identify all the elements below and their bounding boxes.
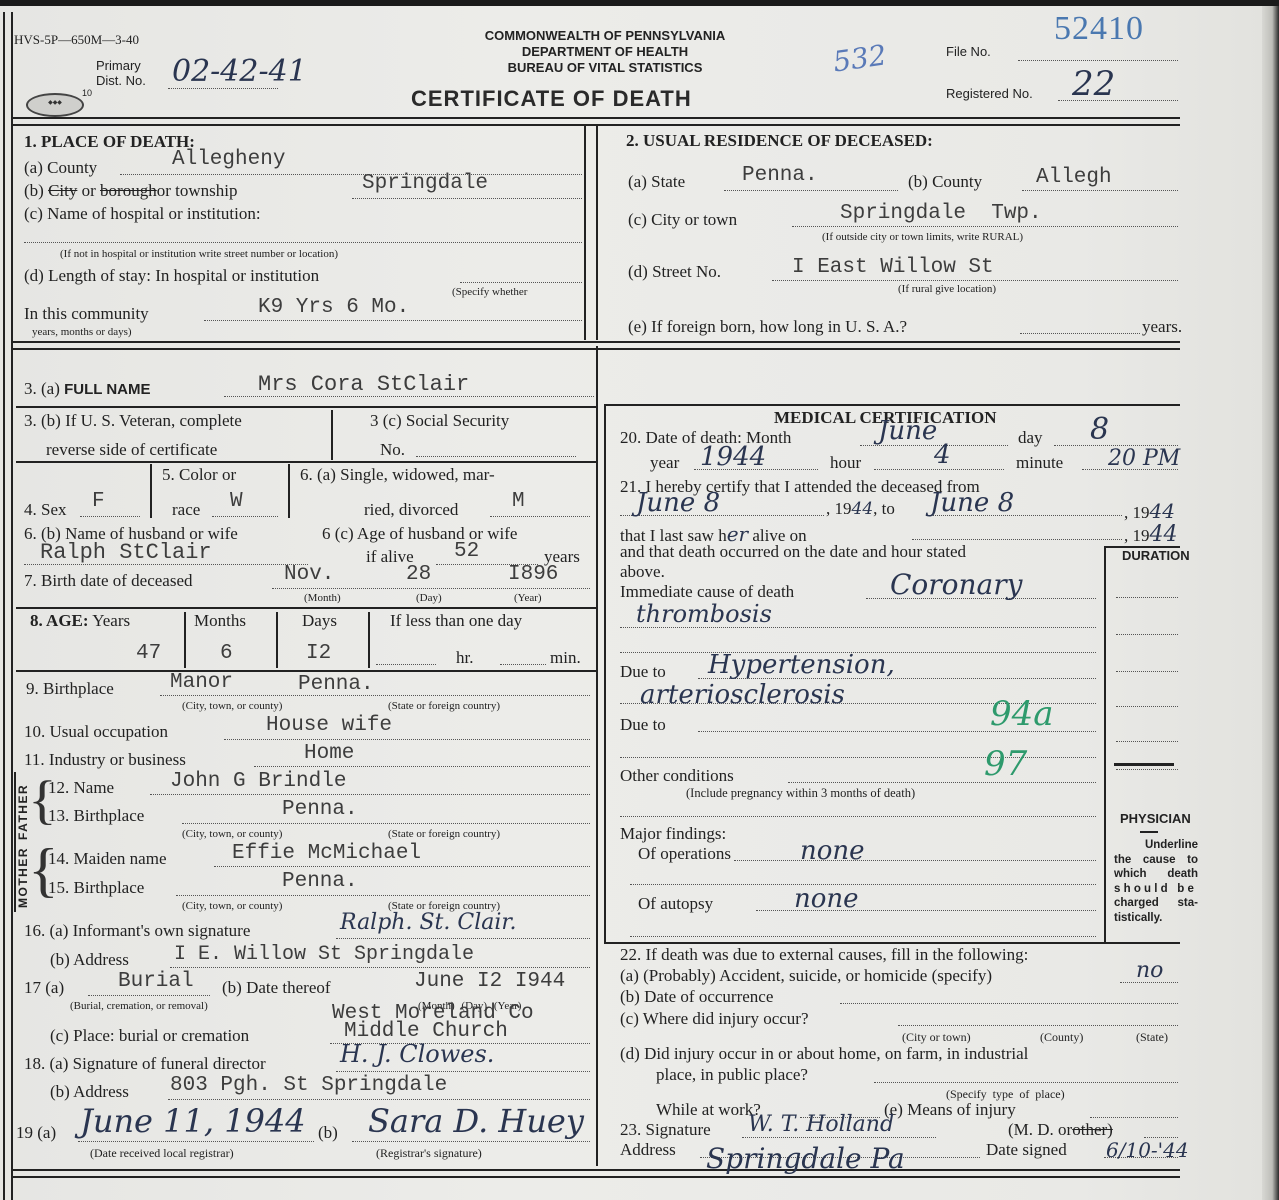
sex-value: F <box>92 490 105 513</box>
age-years: 47 <box>136 642 161 665</box>
city-county-note: (City, town, or county) <box>182 900 282 912</box>
year-note: (Year) <box>514 592 542 604</box>
to-year-prefix: , 19 <box>1124 503 1150 522</box>
industry-label: 11. Industry or business <box>24 750 186 770</box>
burial-date: June I2 I944 <box>414 970 565 993</box>
operations: none <box>800 836 865 866</box>
death-month: June <box>878 416 937 446</box>
external-c-line <box>898 1025 1178 1026</box>
duration-column-rule <box>1104 546 1106 944</box>
external-heading: 22. If death was due to external causes,… <box>620 945 1028 965</box>
due-to-label-1: Due to <box>620 662 666 682</box>
attended-to: June 8 <box>930 488 1014 518</box>
date-signed: 6/10-'44 <box>1106 1138 1189 1162</box>
rule <box>16 607 596 609</box>
veteran-label-2: reverse side of certificate <box>46 440 217 460</box>
physician-note-line: which death <box>1114 867 1198 882</box>
section-1-right-rule <box>584 124 586 340</box>
operations-line <box>734 860 1096 861</box>
township-label: or township <box>157 181 238 200</box>
sex-line <box>80 516 140 517</box>
rule <box>184 612 186 668</box>
dist-no-label: Dist. No. <box>96 73 146 88</box>
death-minute: 20 PM <box>1108 446 1180 471</box>
certificate-title: CERTIFICATE OF DEATH <box>411 86 692 112</box>
county-line <box>120 174 582 175</box>
disposition-note: (Burial, cremation, or removal) <box>70 1000 208 1012</box>
funeral-director-label: 18. (a) Signature of funeral director <box>24 1054 266 1074</box>
burial-num-label: 17 (a) <box>24 978 64 998</box>
burial-date-label: (b) Date thereof <box>222 978 331 998</box>
duration-line <box>1116 769 1178 770</box>
to-year: 44 <box>1150 499 1175 523</box>
center-column-divider <box>596 346 598 1166</box>
informant-address-label: (b) Address <box>50 950 129 970</box>
sex-label: 4. Sex <box>24 500 67 520</box>
place-of-death-heading: 1. PLACE OF DEATH: <box>24 132 195 152</box>
father-birthplace: Penna. <box>282 798 358 821</box>
age-caption: 8. AGE: <box>30 611 89 630</box>
funeral-director: H. J. Clowes. <box>340 1040 494 1068</box>
duration-line <box>1116 597 1178 598</box>
other-conditions-label: Other conditions <box>620 766 734 786</box>
color-label-1: 5. Color or <box>162 465 236 485</box>
agency-block: COMMONWEALTH OF PENNSYLVANIA DEPARTMENT … <box>400 28 810 76</box>
death-minute-label: minute <box>1016 453 1063 473</box>
street-note: (If rural give location) <box>898 283 996 295</box>
rule <box>1140 831 1158 833</box>
to-label: , to <box>873 499 895 518</box>
spouse-name: Ralph StClair <box>40 540 212 565</box>
from-year-prefix: , 19 <box>826 499 852 518</box>
union-seal-icon: ◆◆◆ <box>26 93 84 117</box>
last-saw-year-group: , 1944 <box>1124 522 1178 547</box>
physician-note-line: should be <box>1114 882 1198 897</box>
other-conditions-line <box>788 782 1096 783</box>
rule <box>331 410 333 460</box>
from-year-group: , 1944, to <box>826 499 895 519</box>
birthplace-line <box>160 695 590 696</box>
state-country-note: (State or foreign country) <box>388 828 500 840</box>
physician-heading: PHYSICIAN <box>1120 811 1191 826</box>
physician-address-label: Address <box>620 1140 676 1160</box>
mother-maiden-label: 14. Maiden name <box>48 849 167 869</box>
agency-line-1: COMMONWEALTH OF PENNSYLVANIA <box>400 28 810 44</box>
informant-signature-label: 16. (a) Informant's own signature <box>24 921 250 941</box>
burial-place-label: (c) Place: burial or cremation <box>50 1026 249 1046</box>
medical-left-rule <box>604 404 606 944</box>
mother-maiden: Effie McMichael <box>232 842 421 865</box>
res-city-line <box>792 226 1178 227</box>
registrar-sig-note: (Registrar's signature) <box>376 1146 482 1161</box>
res-city-note: (If outside city or town limits, write R… <box>822 231 1023 243</box>
marital-line <box>490 516 590 517</box>
md-group: (M. D. orother) <box>1008 1120 1113 1140</box>
rule <box>288 464 290 518</box>
state-line <box>724 190 898 191</box>
physician-address: Springdale Pa <box>706 1142 905 1175</box>
death-hour-label: hour <box>830 453 861 473</box>
res-city-label: (c) City or town <box>628 210 737 230</box>
death-day-label: day <box>1018 428 1043 448</box>
registrar-signature: Sara D. Huey <box>368 1102 584 1140</box>
father-name-label: 12. Name <box>48 778 114 798</box>
birthplace-state: Penna. <box>298 673 374 696</box>
occurred-label-1: and that death occurred on the date and … <box>620 542 966 562</box>
city-county-note: (City, town, or county) <box>182 828 282 840</box>
marital-label-1: 6. (a) Single, widowed, mar- <box>300 465 495 485</box>
industry: Home <box>304 742 354 765</box>
blank-line <box>620 816 1096 817</box>
hospital-line <box>24 242 582 243</box>
file-no-label: File No. <box>946 44 991 59</box>
spouse-age: 52 <box>454 540 479 563</box>
res-county-line <box>1022 190 1178 191</box>
rule <box>16 670 596 672</box>
ssn-label-1: 3 (c) Social Security <box>370 411 509 431</box>
registrar-num-label: 19 (a) <box>16 1123 56 1143</box>
funeral-address: 803 Pgh. St Springdale <box>170 1074 447 1097</box>
funeral-address-line <box>168 1099 590 1100</box>
external-d-label-1: (d) Did injury occur in or about home, o… <box>620 1044 1028 1064</box>
due-to-label-2: Due to <box>620 715 666 735</box>
disposition: Burial <box>118 970 194 993</box>
death-county: Allegheny <box>172 148 285 171</box>
blank-line <box>630 936 1096 937</box>
birth-month: Nov. <box>284 563 334 586</box>
registrar-date: June 11, 1944 <box>80 1102 306 1140</box>
hr-label: hr. <box>456 648 473 668</box>
hospital-note: (If not in hospital or institution write… <box>60 248 338 260</box>
external-a-label: (a) (Probably) Accident, suicide, or hom… <box>620 966 992 986</box>
agency-line-3: BUREAU OF VITAL STATISTICS <box>400 60 810 76</box>
rule <box>368 612 370 668</box>
full-name-num: 3. (a) <box>24 379 60 398</box>
city-borough-label: (b) City or boroughor township <box>24 181 237 201</box>
physician-sig-line <box>742 1137 936 1138</box>
rule <box>150 464 152 518</box>
marital-value: M <box>512 490 525 513</box>
registered-no: 22 <box>1072 64 1115 104</box>
residence-street: I East Willow St <box>792 256 994 279</box>
external-a-value: no <box>1136 958 1163 983</box>
rule <box>16 461 596 463</box>
less-than-day-label: If less than one day <box>390 611 522 631</box>
physician-signature: W. T. Holland <box>748 1112 894 1137</box>
city-county-note: (City, town, or county) <box>182 700 282 712</box>
rule <box>276 612 278 668</box>
external-b-label: (b) Date of occurrence <box>620 987 773 1007</box>
last-saw-year-prefix: , 19 <box>1124 526 1150 545</box>
birth-date-line <box>272 588 590 589</box>
rule <box>1114 763 1174 766</box>
physician-note-line: charged sta- <box>1114 896 1198 911</box>
blank-line <box>630 884 1096 885</box>
death-day: 8 <box>1090 412 1109 447</box>
funeral-director-line <box>336 1071 590 1072</box>
units-note: years, months or days) <box>32 326 132 338</box>
physician-note: Underline the cause to which death shoul… <box>1114 838 1198 925</box>
duration-line <box>1116 671 1178 672</box>
race-line <box>212 516 278 517</box>
age-days: I2 <box>306 642 331 665</box>
last-saw-year: 44 <box>1150 522 1178 547</box>
md-label: (M. D. or <box>1008 1120 1072 1139</box>
birthplace-label: 9. Birthplace <box>26 679 114 699</box>
bottom-divider <box>12 1169 1180 1178</box>
spouse-age-label: 6 (c) Age of husband or wife <box>322 524 517 544</box>
city-or: or <box>82 181 96 200</box>
father-name-line <box>150 794 590 795</box>
external-e-label: (e) Means of injury <box>884 1100 1016 1120</box>
work-label: While at work? <box>656 1100 761 1120</box>
agency-line-2: DEPARTMENT OF HEALTH <box>400 44 810 60</box>
last-saw-date-line <box>912 539 1122 540</box>
veteran-label-1: 3. (b) If U. S. Veteran, complete <box>24 411 242 431</box>
informant-address-line <box>170 967 590 968</box>
registrar-sig-label: (b) <box>318 1123 338 1143</box>
street-line <box>772 280 1178 281</box>
date-signed-label: Date signed <box>986 1140 1067 1160</box>
external-b-line <box>840 1003 1178 1004</box>
page-edge <box>1262 6 1279 1200</box>
occupation-label: 10. Usual occupation <box>24 722 168 742</box>
father-name: John G Brindle <box>170 770 346 793</box>
township-line <box>352 198 582 199</box>
foreign-years-label: years. <box>1142 317 1182 337</box>
registrar-sig-line <box>352 1141 590 1142</box>
community-label: In this community <box>24 304 149 324</box>
section-1-2-divider <box>596 124 598 340</box>
primary-dist-label: Primary Dist. No. <box>96 58 146 88</box>
occupation-line <box>224 739 590 740</box>
physician-note-line: tistically. <box>1114 911 1198 926</box>
borough-struck: borough <box>100 181 157 200</box>
mother-birthplace: Penna. <box>282 870 358 893</box>
immediate-cause-1: Coronary <box>890 568 1022 601</box>
informant-signature-line <box>336 938 590 939</box>
duration-line <box>1116 741 1178 742</box>
death-year-label: year <box>650 453 679 473</box>
race-value: W <box>230 490 243 513</box>
residence-state: Penna. <box>742 164 818 187</box>
months-label: Months <box>194 611 246 631</box>
form-code: HVS-5P—650M—3-40 <box>14 32 139 48</box>
attended-from: June 8 <box>636 488 720 518</box>
race-label: race <box>172 500 200 520</box>
birth-day: 28 <box>406 563 431 586</box>
primary-dist-no: 02-42-41 <box>172 54 307 89</box>
residence-county: Allegh <box>1036 166 1112 189</box>
autopsy: none <box>794 884 859 914</box>
rule <box>604 942 1180 944</box>
external-d-label-2: place, in public place? <box>656 1065 808 1085</box>
state-note: (State) <box>1136 1030 1168 1045</box>
birth-year: I896 <box>508 563 558 586</box>
marital-label-2: ried, divorced <box>364 500 458 520</box>
mother-birthplace-label: 15. Birthplace <box>48 878 144 898</box>
disposition-line <box>88 995 210 996</box>
duration-line <box>1116 634 1178 635</box>
father-birthplace-line <box>182 823 590 824</box>
city-town-note: (City or town) <box>902 1030 971 1045</box>
min-label: min. <box>550 648 581 668</box>
funeral-address-label: (b) Address <box>50 1082 129 1102</box>
registered-no-label: Registered No. <box>946 86 1033 101</box>
foreign-label: (e) If foreign born, how long in U. S. A… <box>628 317 907 337</box>
father-birthplace-label: 13. Birthplace <box>48 806 144 826</box>
full-name-caption: FULL NAME <box>64 381 150 398</box>
state-country-note: (State or foreign country) <box>388 700 500 712</box>
month-note: (Month) <box>304 592 341 604</box>
to-year-group: , 1944 <box>1124 499 1175 523</box>
informant-address: I E. Willow St Springdale <box>174 943 474 966</box>
pregnancy-note: (Include pregnancy within 3 months of de… <box>686 786 915 801</box>
industry-line <box>254 766 590 767</box>
mother-birthplace-line <box>176 895 590 896</box>
registrar-date-note: (Date received local registrar) <box>90 1146 234 1161</box>
ssn-line <box>416 456 576 457</box>
major-findings-label: Major findings: <box>620 824 726 844</box>
res-county-label: (b) County <box>908 172 982 192</box>
occurred-label-2: above. <box>620 562 665 582</box>
city-struck: City <box>48 181 77 200</box>
birth-date-label: 7. Birth date of deceased <box>24 571 193 591</box>
registrar-date-line <box>78 1141 314 1142</box>
external-e-line <box>1090 1117 1178 1118</box>
county-label: (a) County <box>24 158 97 178</box>
due-to-1a: Hypertension, <box>708 650 895 680</box>
age-label: 8. AGE: Years <box>30 611 130 631</box>
residence-heading: 2. USUAL RESIDENCE OF DECEASED: <box>626 131 933 151</box>
physician-note-line: the cause to <box>1114 853 1198 868</box>
stay-hospital-line <box>460 282 582 283</box>
mother-maiden-line <box>214 866 590 867</box>
min-line <box>500 664 546 665</box>
death-year: 1944 <box>700 442 766 472</box>
stay-label: (d) Length of stay: In hospital or insti… <box>24 266 319 286</box>
days-label: Days <box>302 611 337 631</box>
day-note: (Day) <box>416 592 442 604</box>
file-no: 52410 <box>1054 10 1144 48</box>
from-year: 44 <box>852 499 874 519</box>
county-note: (County) <box>1040 1030 1083 1045</box>
full-name-label: 3. (a) FULL NAME <box>24 379 151 399</box>
external-d-line <box>874 1082 1178 1083</box>
duration-heading: DURATION <box>1122 548 1190 563</box>
death-township: Springdale <box>362 172 488 195</box>
md-other-struck: other) <box>1072 1120 1113 1139</box>
immediate-cause-2: thrombosis <box>636 600 772 628</box>
foreign-line <box>1020 333 1140 334</box>
code-2: 97 <box>984 744 1027 784</box>
rule <box>16 406 596 408</box>
hospital-label: (c) Name of hospital or institution: <box>24 204 261 224</box>
operations-label: Of operations <box>638 844 731 864</box>
community-line <box>204 320 582 321</box>
age-months: 6 <box>220 642 233 665</box>
primary-label: Primary <box>96 58 146 73</box>
autopsy-label: Of autopsy <box>638 894 713 914</box>
hr-line <box>376 664 436 665</box>
age-years-label: Years <box>92 611 130 630</box>
birthplace-city: Manor <box>170 671 233 694</box>
immediate-cause-label: Immediate cause of death <box>620 582 794 602</box>
file-no-line <box>1018 60 1178 61</box>
physician-note-line: Underline <box>1114 838 1198 853</box>
occupation: House wife <box>266 714 392 737</box>
city-prefix: (b) <box>24 181 44 200</box>
rule <box>604 404 1180 406</box>
state-label: (a) State <box>628 172 685 192</box>
due-to-1b: arteriosclerosis <box>640 680 845 710</box>
physician-sig-label: 23. Signature <box>620 1120 711 1140</box>
duration-line <box>1116 706 1178 707</box>
street-label: (d) Street No. <box>628 262 721 282</box>
informant-signature: Ralph. St. Clair. <box>340 910 516 935</box>
specify-note: (Specify whether <box>452 286 527 298</box>
community-stay: K9 Yrs 6 Mo. <box>258 296 409 319</box>
residence-city: Springdale Twp. <box>840 202 1042 225</box>
full-name: Mrs Cora StClair <box>258 372 469 397</box>
code-1: 94a <box>990 694 1054 734</box>
death-hour: 4 <box>934 440 951 470</box>
left-border <box>3 12 13 1200</box>
seal-number: 10 <box>82 88 92 98</box>
ssn-label-2: No. <box>380 440 405 460</box>
external-c-label: (c) Where did injury occur? <box>620 1009 809 1029</box>
